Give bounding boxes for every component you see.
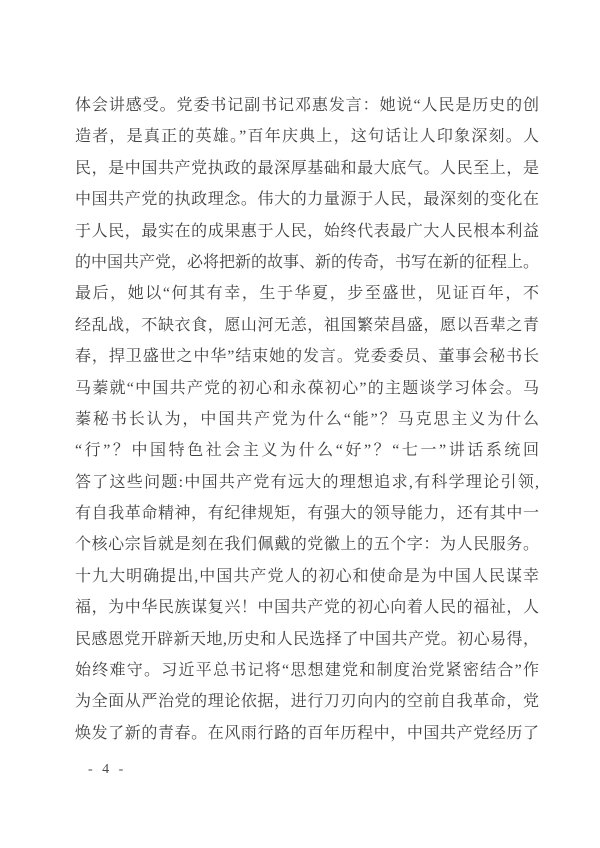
text-line: 体会讲感受。党委书记副书记邓惠发言：她说“人民是历史的创	[75, 90, 539, 121]
text-line: 春，捍卫盛世之中华”结束她的发言。党委委员、董事会秘书长	[75, 341, 539, 372]
text-line: 福，为中华民族谋复兴！中国共产党的初心向着人民的福祉，人	[75, 592, 539, 623]
text-line: 为全面从严治党的理论依据，进行刀刃向内的空前自我革命，党	[75, 686, 539, 717]
text-line: 最后，她以“何其有幸，生于华夏，步至盛世，见证百年，不	[75, 278, 539, 309]
text-line: 的中国共产党，必将把新的故事、新的传奇，书写在新的征程上。	[75, 247, 539, 278]
text-line: 有自我革命精神，有纪律规矩，有强大的领导能力，还有其中一	[75, 498, 539, 529]
body-text-block: 体会讲感受。党委书记副书记邓惠发言：她说“人民是历史的创 造者，是真正的英雄。”…	[75, 90, 539, 749]
text-line: 造者，是真正的英雄。”百年庆典上，这句话让人印象深刻。人	[75, 121, 539, 152]
text-line: 十九大明确提出,中国共产党人的初心和使命是为中国人民谋幸	[75, 561, 539, 592]
text-line: 经乱战，不缺衣食，愿山河无恙，祖国繁荣昌盛，愿以吾辈之青	[75, 310, 539, 341]
text-line: 个核心宗旨就是刻在我们佩戴的党徽上的五个字：为人民服务。	[75, 529, 539, 560]
text-line: 蓁秘书长认为，中国共产党为什么“能”？马克思主义为什么	[75, 404, 539, 435]
text-line: 焕发了新的青春。在风雨行路的百年历程中，中国共产党经历了	[75, 718, 539, 749]
page-number: - 4 -	[88, 760, 126, 780]
text-line: 于人民，最实在的成果惠于人民，始终代表最广大人民根本利益	[75, 216, 539, 247]
text-line: 始终难守。习近平总书记将“思想建党和制度治党紧密结合”作	[75, 655, 539, 686]
document-page: 体会讲感受。党委书记副书记邓惠发言：她说“人民是历史的创 造者，是真正的英雄。”…	[0, 0, 600, 848]
text-line: 中国共产党的执政理念。伟大的力量源于人民，最深刻的变化在	[75, 184, 539, 215]
text-line: 马蓁就“中国共产党的初心和永葆初心”的主题谈学习体会。马	[75, 373, 539, 404]
text-line: 民感恩党开辟新天地,历史和人民选择了中国共产党。初心易得，	[75, 624, 539, 655]
text-line: “行”？中国特色社会主义为什么“好”？“七一”讲话系统回	[75, 435, 539, 466]
text-line: 民，是中国共产党执政的最深厚基础和最大底气。人民至上，是	[75, 153, 539, 184]
text-line: 答了这些问题:中国共产党有远大的理想追求,有科学理论引领,	[75, 467, 539, 498]
